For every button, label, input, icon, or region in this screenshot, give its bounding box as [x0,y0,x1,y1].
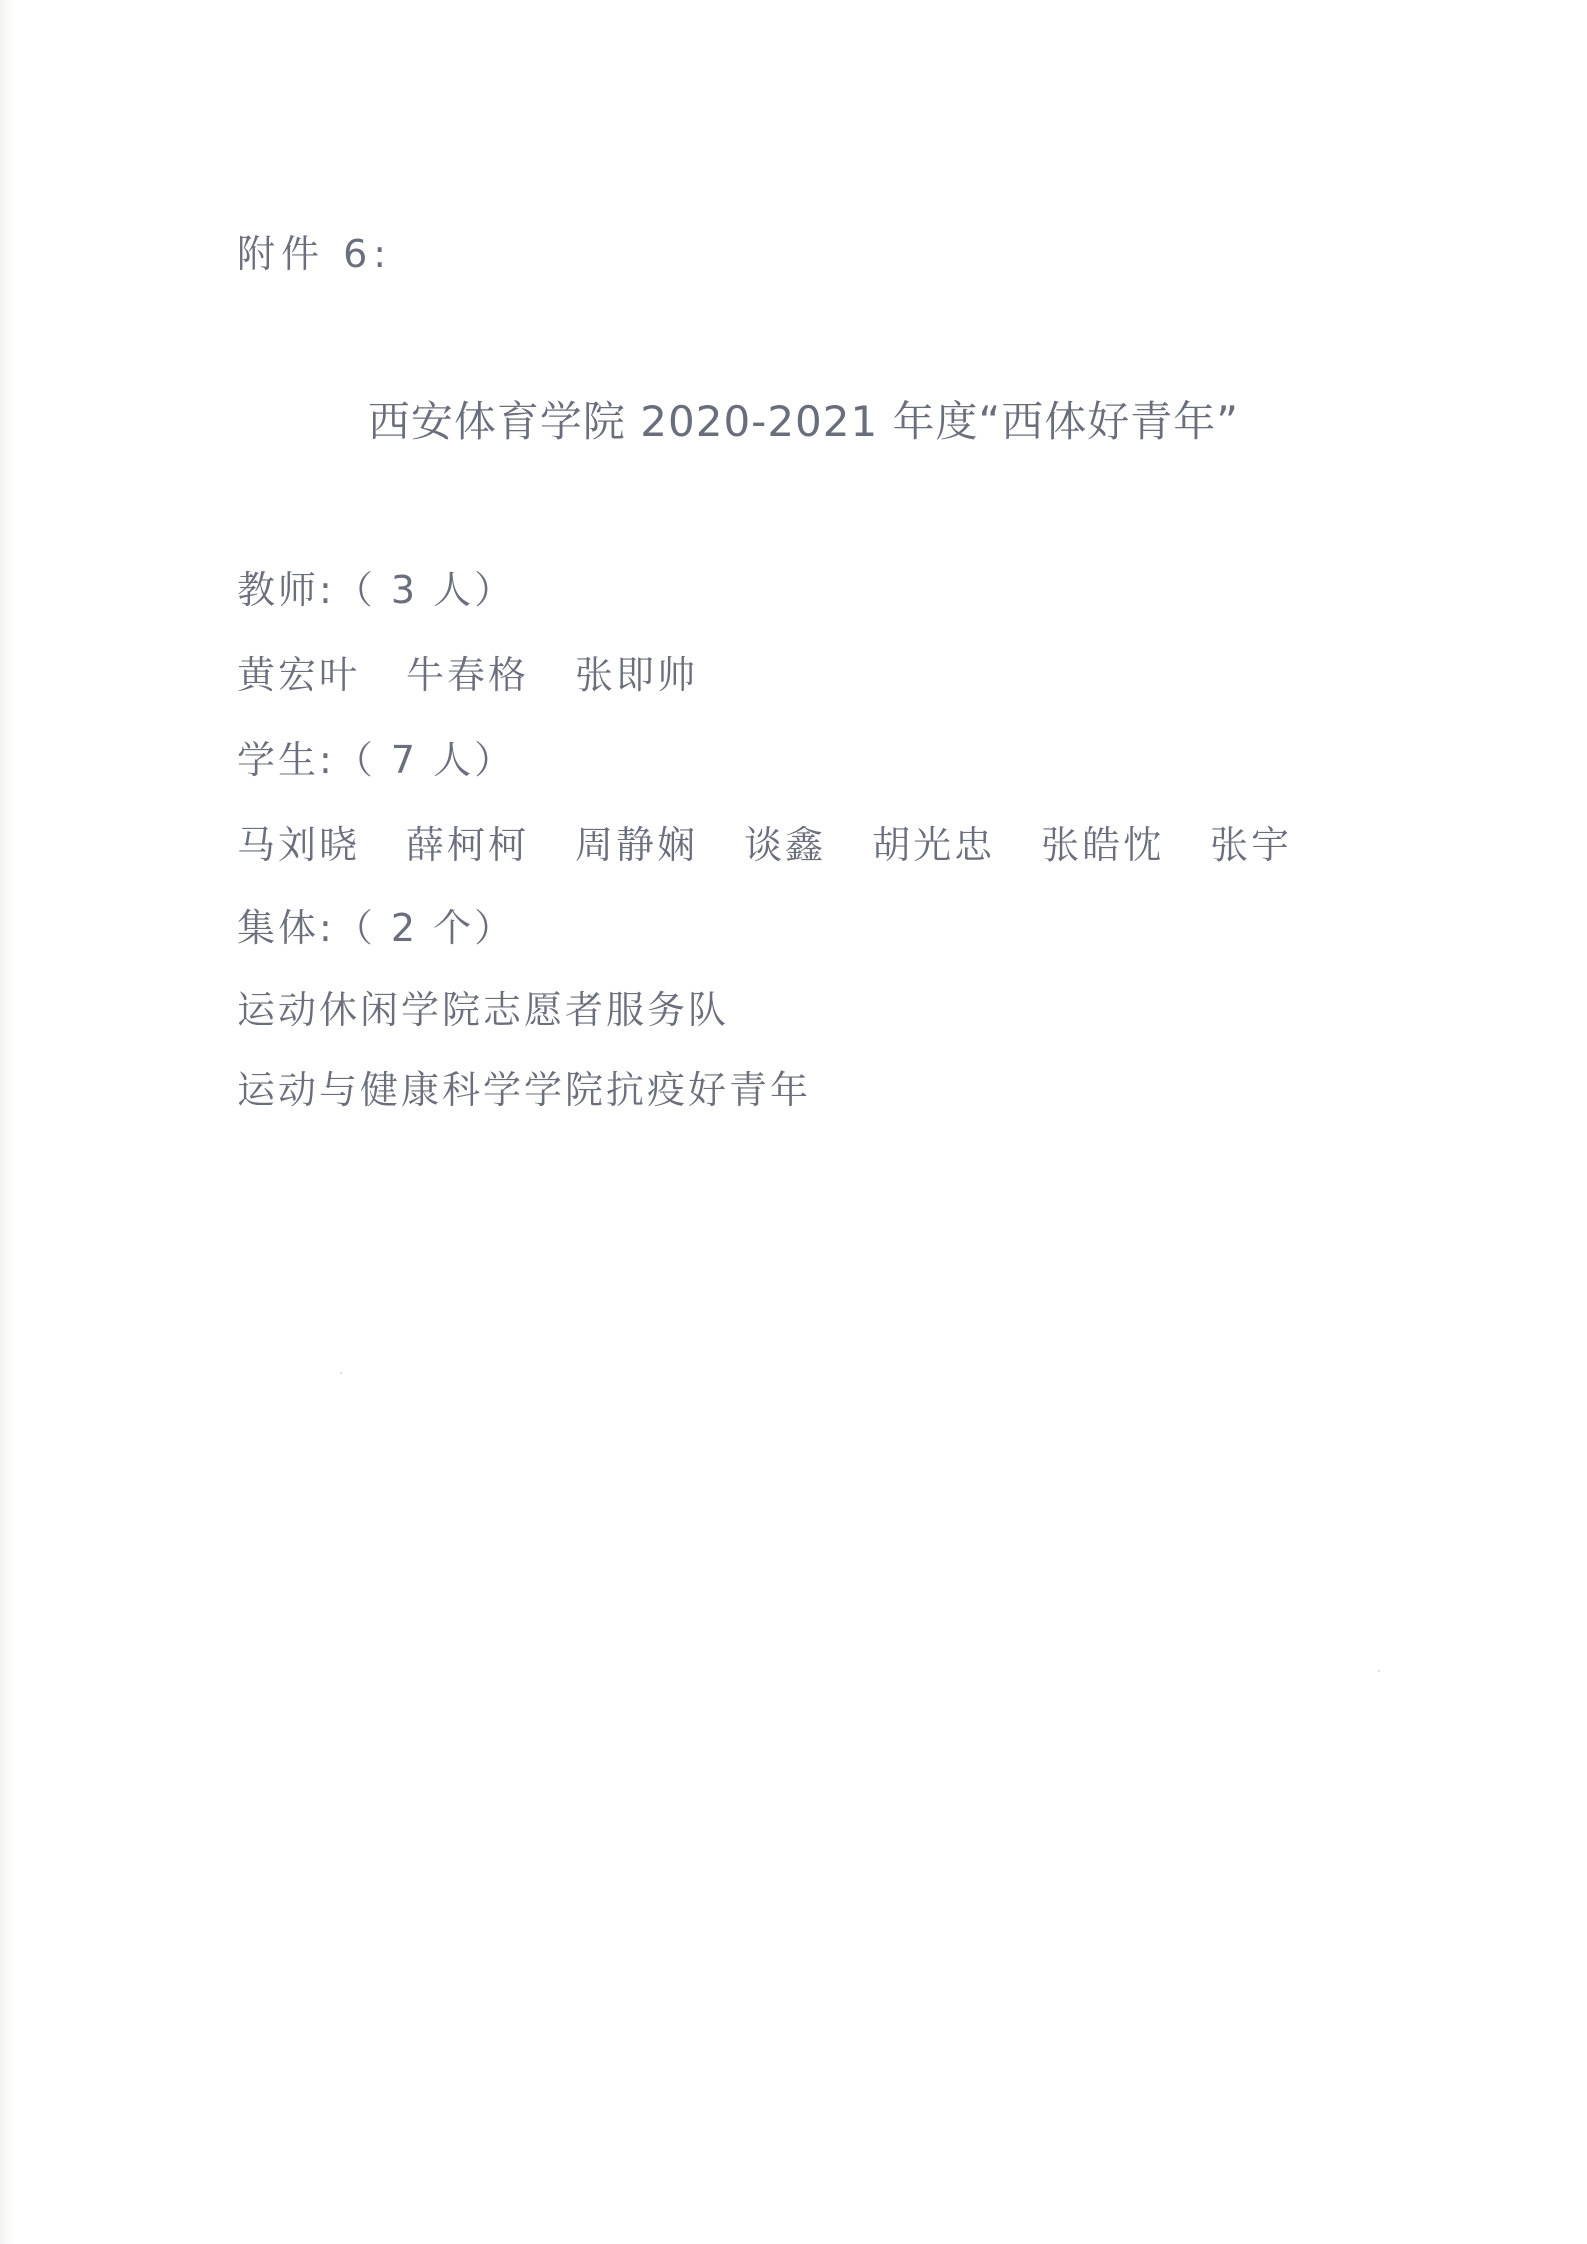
group-name: 运动与健康科学学院抗疫好青年 [237,1068,811,1112]
section-heading-students: 学生:（ 7 人） [237,738,515,782]
teacher-name: 黄宏叶 [237,653,360,697]
section-heading-groups: 集体:（ 2 个） [237,906,515,950]
student-name: 张皓忱 [1041,823,1164,867]
student-name: 周静娴 [575,823,698,867]
student-name: 薛柯柯 [406,823,529,867]
document-title: 西安体育学院 2020-2021 年度“西体好青年” [0,398,1587,446]
attachment-label: 附件 6: [237,232,392,276]
scan-speck [340,1372,342,1374]
group-name: 运动休闲学院志愿者服务队 [237,988,729,1032]
student-name: 胡光忠 [872,823,995,867]
student-name: 谈鑫 [744,823,826,867]
teachers-name-list: 黄宏叶 牛春格 张即帅 [237,653,698,697]
scan-speck [1378,1670,1380,1672]
teacher-name: 张即帅 [575,653,698,697]
students-name-list: 马刘晓 薛柯柯 周静娴 谈鑫 胡光忠 张皓忱 张宇 [237,823,1292,867]
scan-page-edge [0,0,14,2244]
section-heading-teachers: 教师:（ 3 人） [237,568,515,612]
student-name: 马刘晓 [237,823,360,867]
student-name: 张宇 [1210,823,1292,867]
teacher-name: 牛春格 [406,653,529,697]
